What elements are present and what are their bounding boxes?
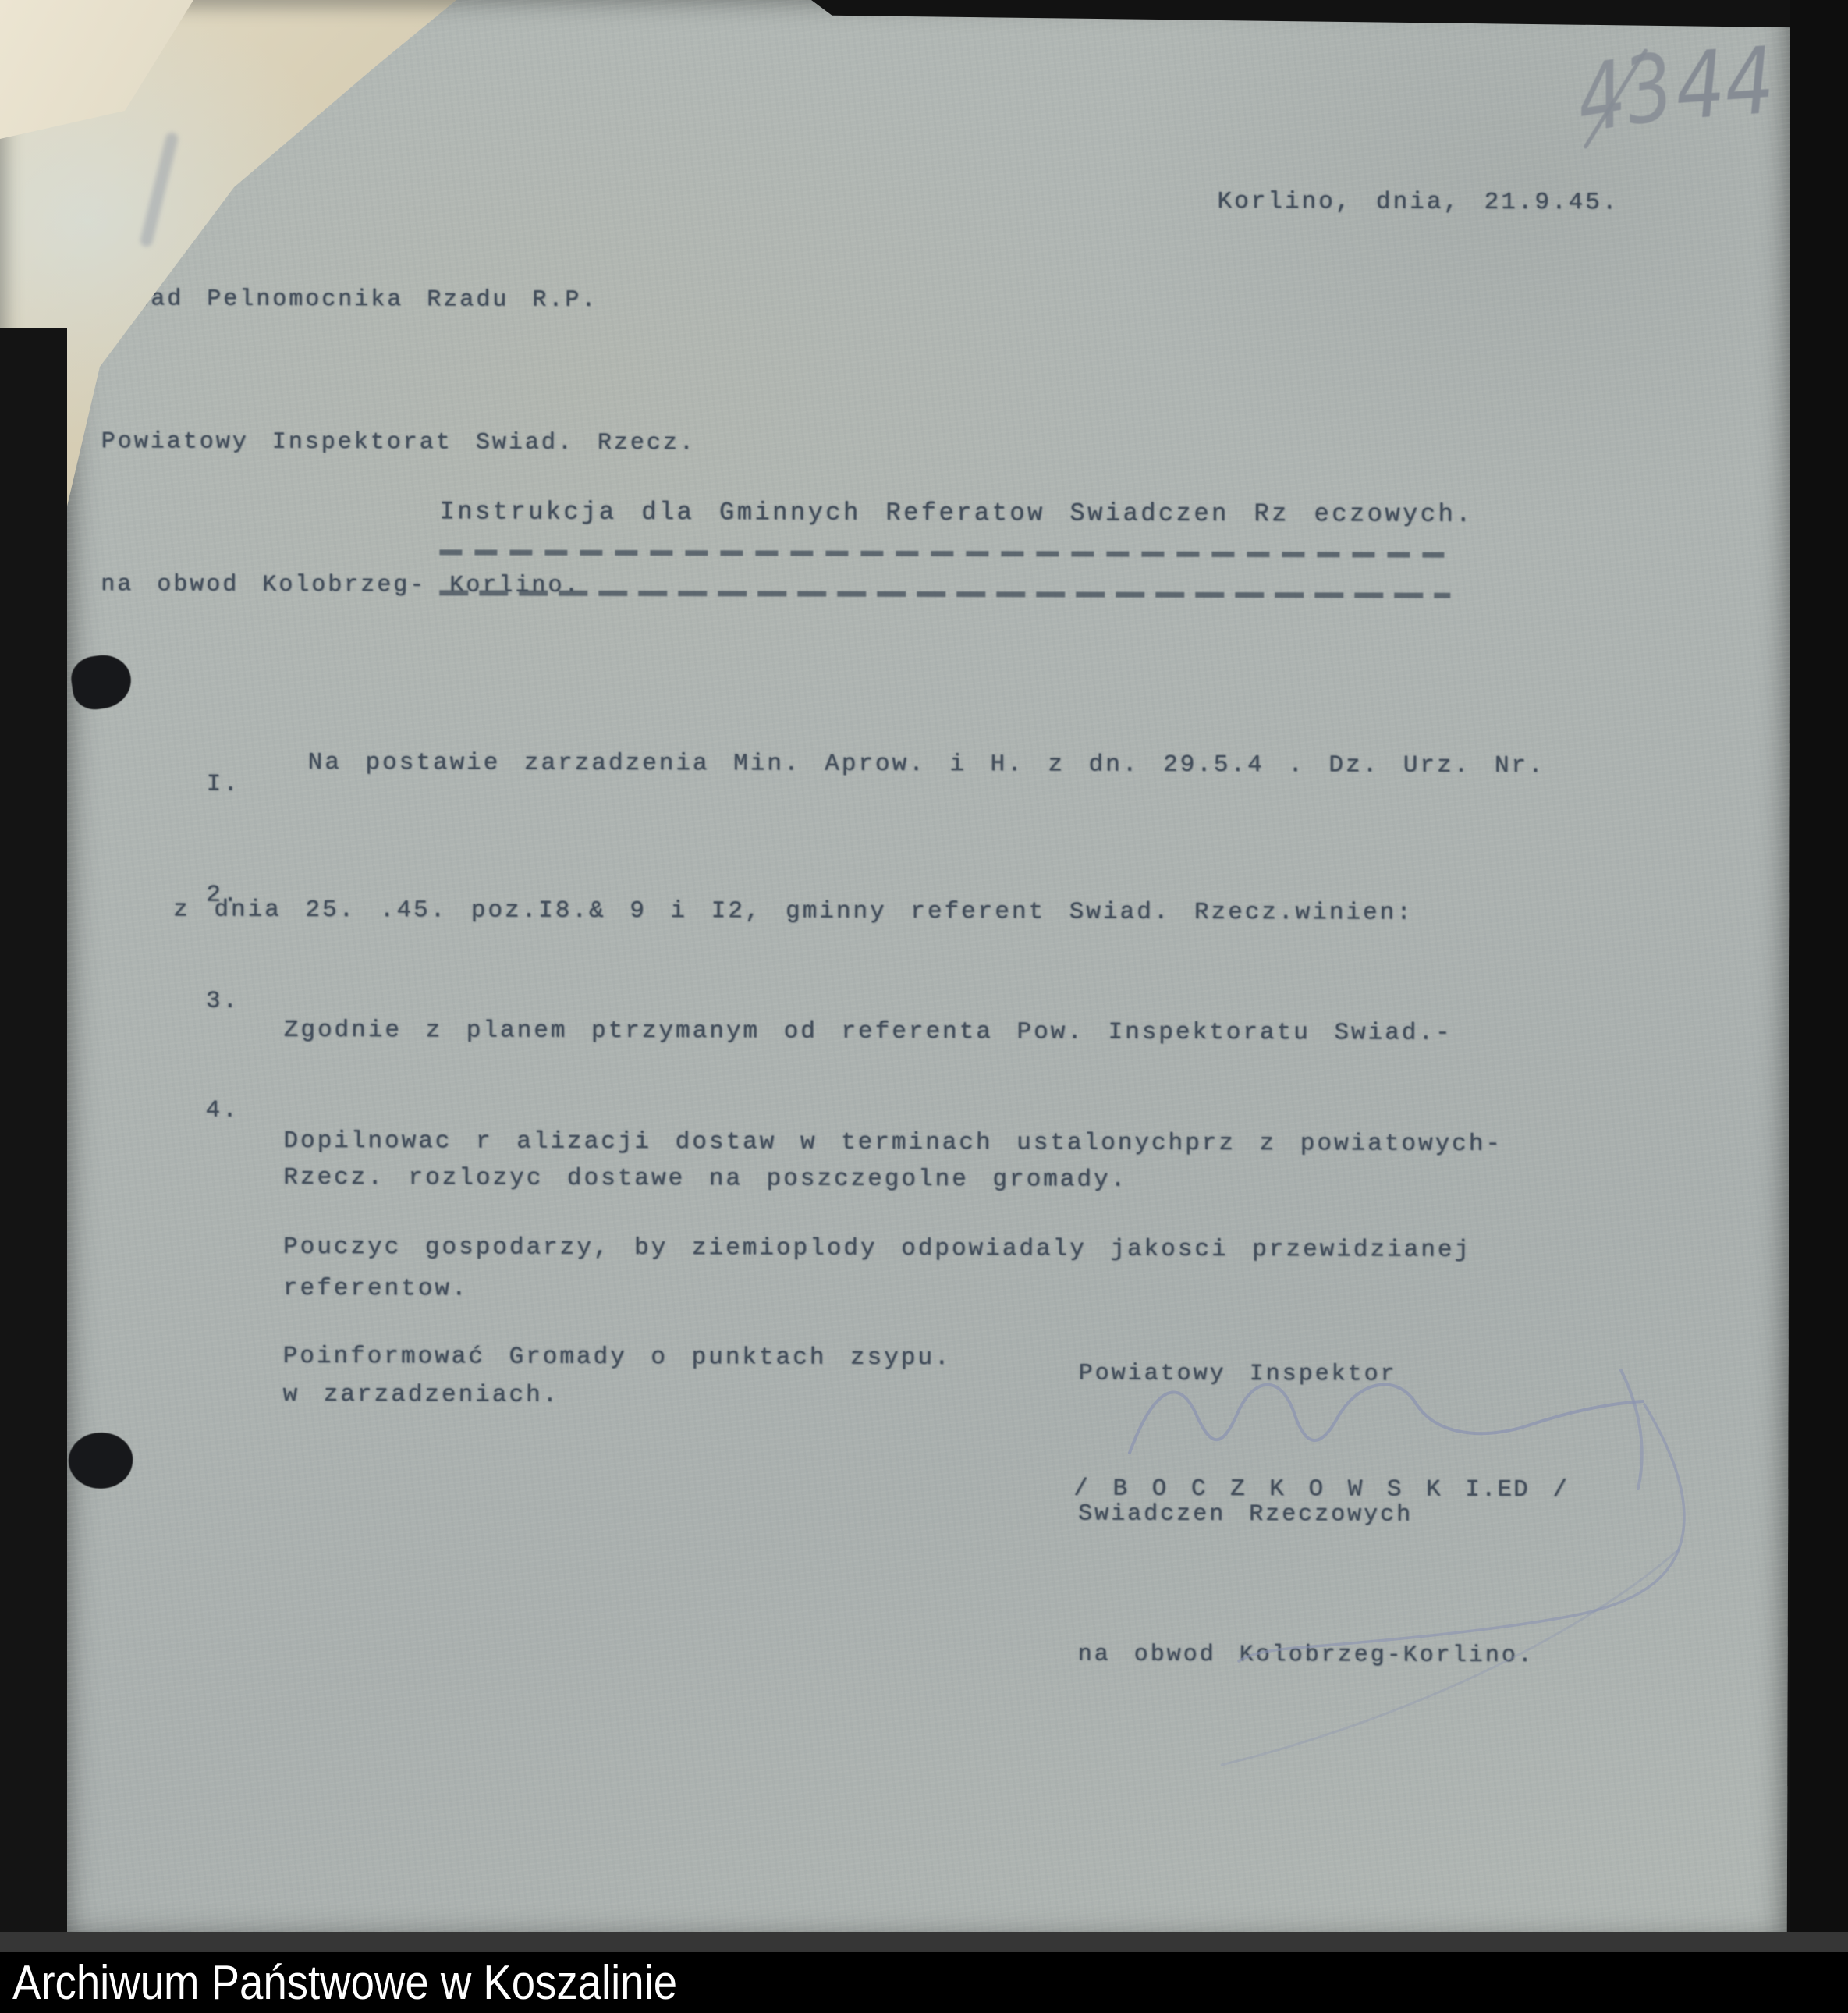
page-number-crossed-out: 43 xyxy=(1569,32,1680,154)
letterhead-line-1: Urzad Pelnomocnika Rzadu R.P. xyxy=(101,275,696,325)
item-4-line-1: Poinformować Gromady o punktach zsypu. xyxy=(283,1332,952,1383)
ghost-text-smudge xyxy=(139,131,179,247)
typed-signature-name: / B O C Z K O W S K I.ED / xyxy=(1073,1464,1569,1514)
item-3-number: 3. xyxy=(206,977,239,1026)
scan-edge-left xyxy=(0,328,67,2013)
scan-bottom-shadow xyxy=(0,1932,1848,1952)
pencil-page-numbers: 43 44 xyxy=(1566,30,1824,178)
list-item-4: 4. Poinformować Gromady o punktach zsypu… xyxy=(204,1086,952,1580)
torn-paper-tab xyxy=(0,0,203,148)
document-title: Instrukcja dla Gminnych Referatow Swiadc… xyxy=(439,487,1474,538)
scan-edge-right xyxy=(1790,0,1848,2013)
item-4-number: 4. xyxy=(205,1086,239,1135)
page-number-current: 44 xyxy=(1672,27,1777,140)
letterhead-line-2: Powiatowy Inspektorat Swiad. Rzecz. xyxy=(101,418,696,467)
signature-block-line-3: na obwod Kolobrzeg-Korlino. xyxy=(1078,1631,1534,1680)
archive-scan-viewer: { "scan": { "page_numbers": { "crossed_o… xyxy=(0,0,1848,2013)
item-1-number: I. xyxy=(207,760,240,809)
dateline: Korlino, dnia, 21.9.45. xyxy=(1217,177,1619,227)
letterhead-line-3: na obwod Kolobrzeg- Korlino. xyxy=(101,561,695,610)
signature-block-line-1: Powiatowy Inspektor xyxy=(1079,1351,1535,1399)
item-2-number: 2. xyxy=(206,871,239,920)
document-page: Urzad Pelnomocnika Rzadu R.P. Powiatowy … xyxy=(63,0,1793,1945)
letterhead: Urzad Pelnomocnika Rzadu R.P. Powiatowy … xyxy=(101,180,697,705)
archive-caption: Archiwum Państwowe w Koszalinie xyxy=(12,1955,677,2011)
signature-block: Powiatowy Inspektor Swiadczen Rzeczowych… xyxy=(1077,1257,1535,1773)
